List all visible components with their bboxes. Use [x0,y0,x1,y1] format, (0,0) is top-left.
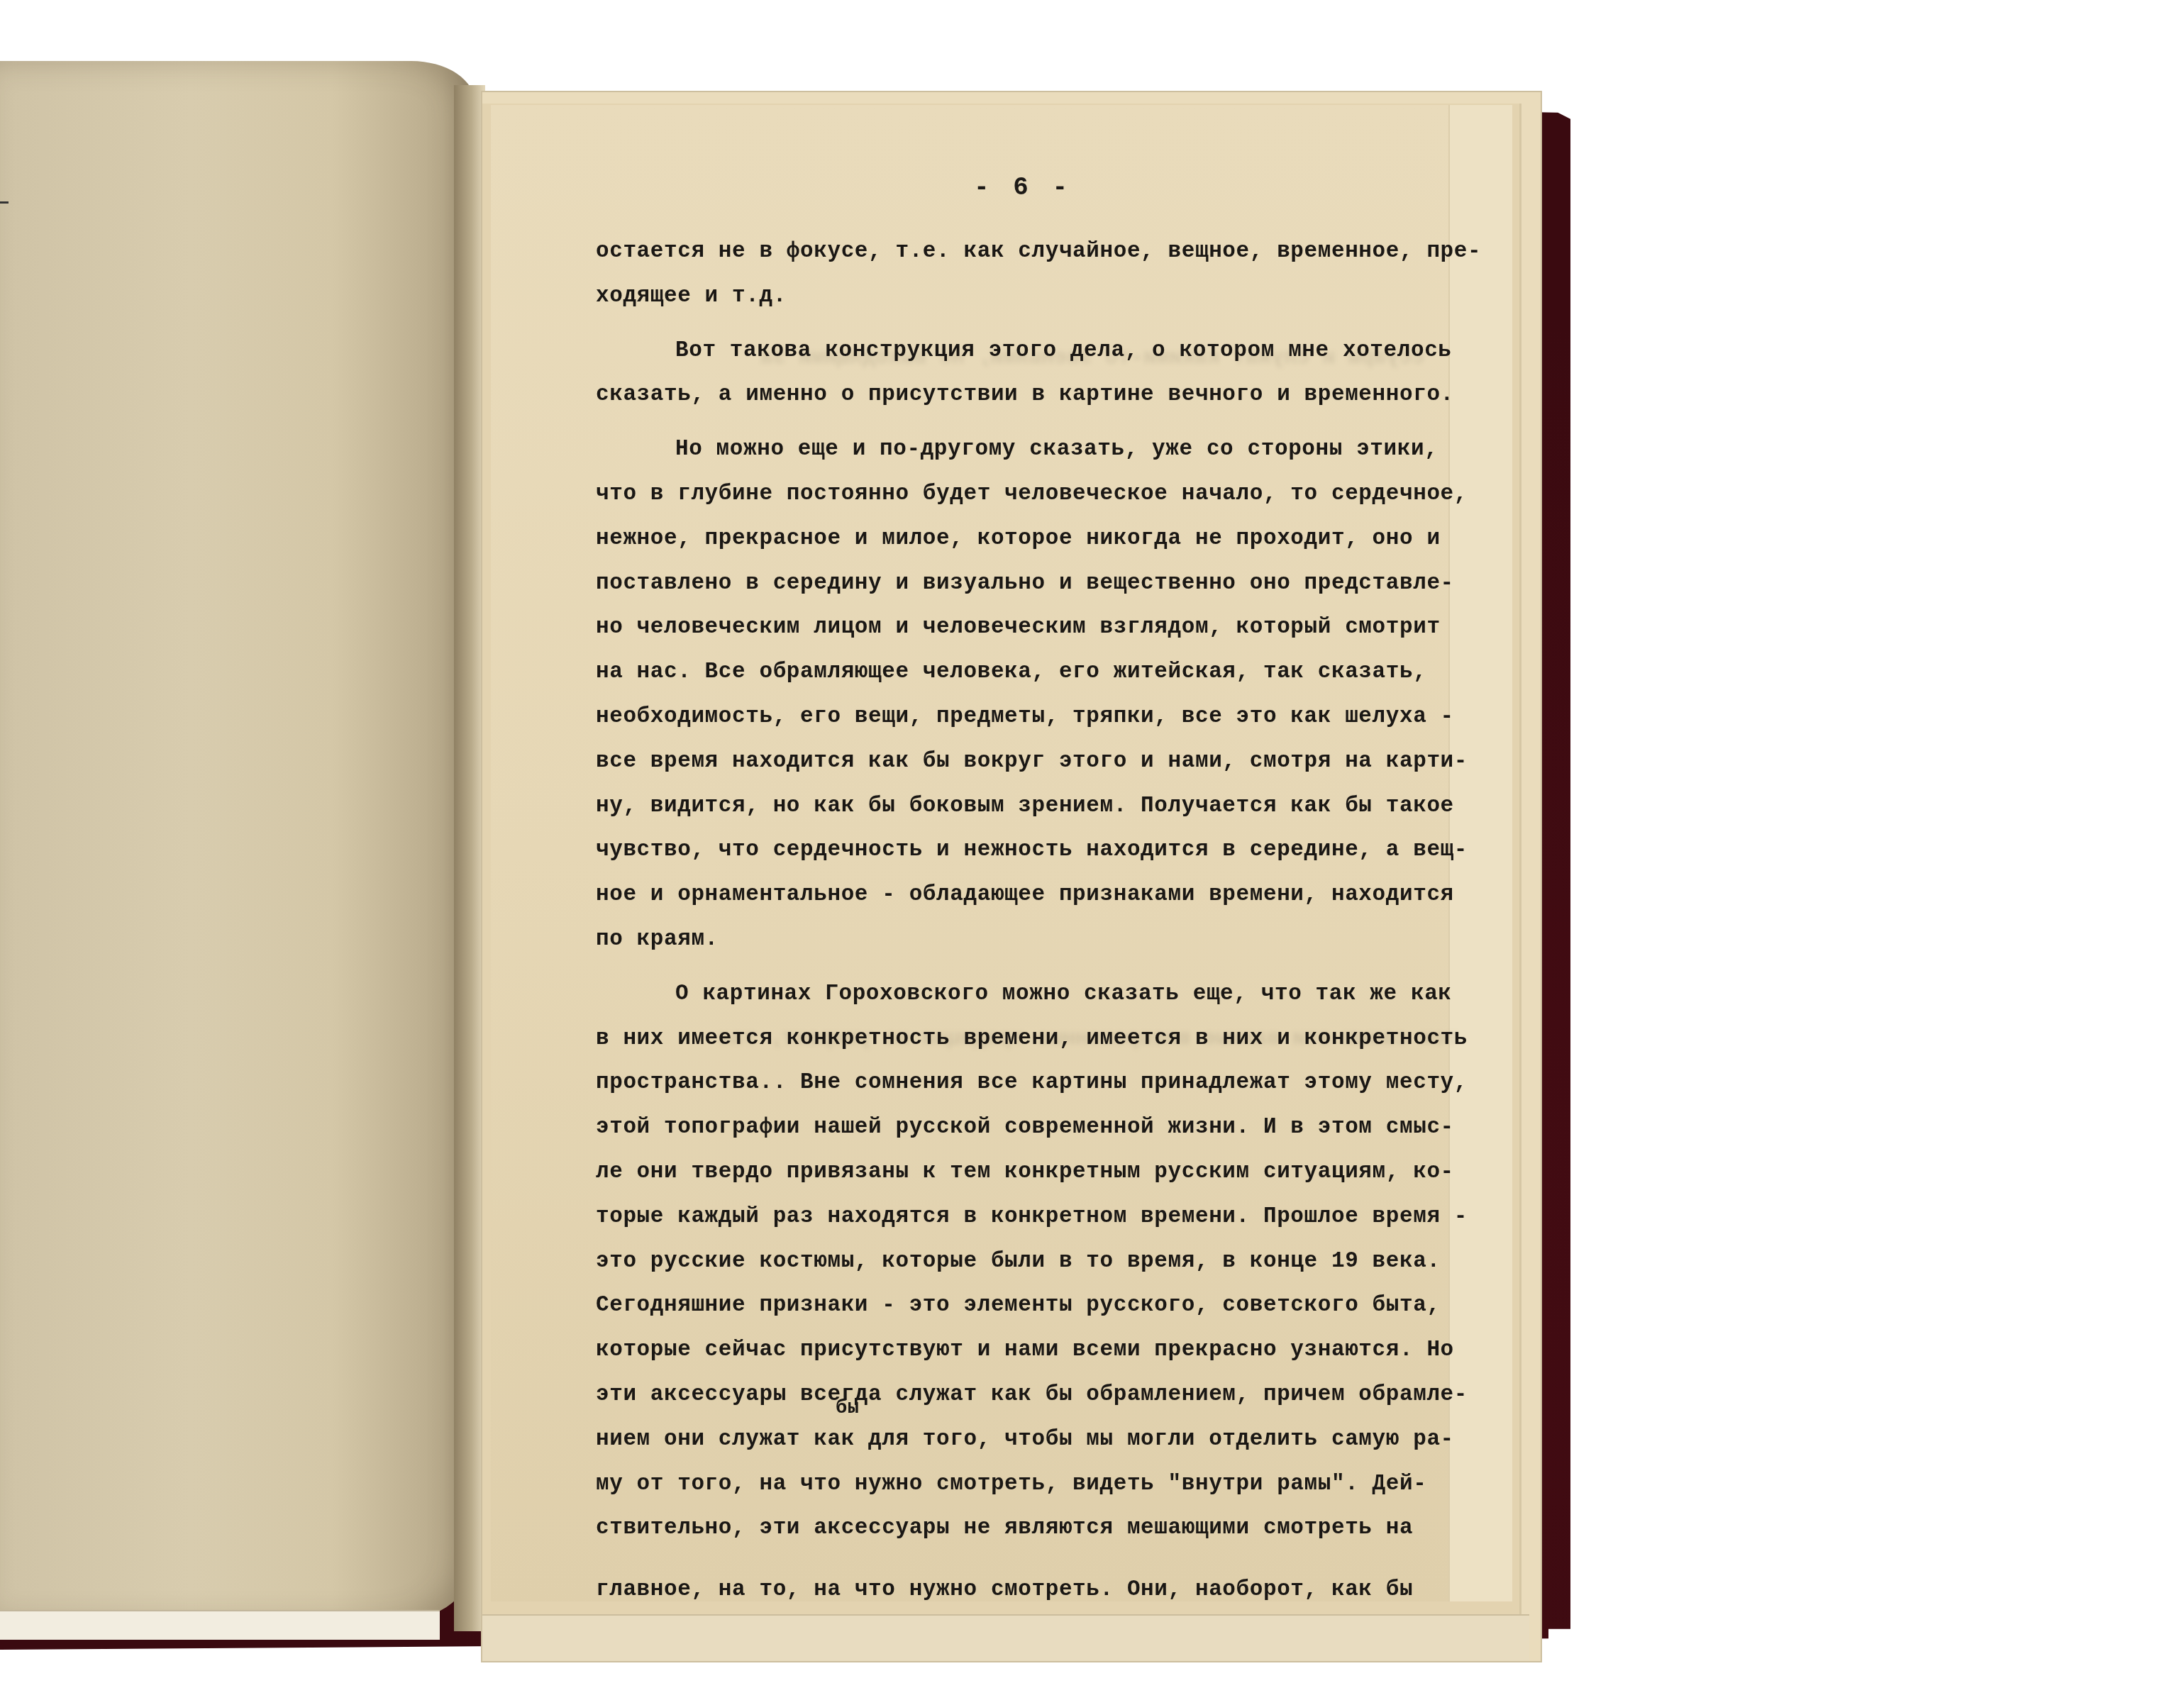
typed-line: это русские костюмы, которые были в то в… [596,1240,1475,1284]
typed-line: Вот такова конструкция этого дела, о кот… [596,329,1475,374]
typed-line: но человеческим лицом и человеческим взг… [596,606,1475,650]
typed-line: нием они служат как для того, чтобы мы м… [596,1418,1475,1462]
page-number: - 6 - [491,173,1534,202]
typed-line: необходимость, его вещи, предметы, тряпк… [596,695,1475,740]
typed-line: му от того, на что нужно смотреть, видет… [596,1462,1475,1507]
typed-line: на нас. Все обрамляющее человека, его жи… [596,650,1475,695]
typed-line: Сегодняшние признаки - это элементы русс… [596,1284,1475,1328]
typed-line: ствительно, эти аксессуары не являются м… [596,1506,1475,1551]
handwritten-insertion: бы [836,1398,860,1419]
typed-line: все время находится как бы вокруг этого … [596,740,1475,784]
typed-line: О картинах Гороховского можно сказать ещ… [596,972,1475,1017]
typed-line: торые каждый раз находятся в конкретном … [596,1195,1475,1240]
typed-line: которые сейчас присутствуют и нами всеми… [596,1328,1475,1373]
left-page: постоянство, предстояние зрдруг на друга… [0,61,475,1621]
typed-line: чувство, что сердечность и нежность нахо… [596,828,1475,873]
left-page-bottom-edge [0,1610,440,1640]
typed-line: ле они твердо привязаны к тем конкретным… [596,1150,1475,1195]
typed-line: эти аксессуары всегда служат как бы обра… [596,1373,1475,1418]
typewritten-page: ссуары и служат какими-то звеньями, не в… [491,105,1512,1601]
typed-line: этой топографии нашей русской современно… [596,1106,1475,1150]
typed-line: сказать, а именно о присутствии в картин… [596,373,1475,418]
typed-line: ну, видится, но как бы боковым зрением. … [596,784,1475,829]
typed-line: нежное, прекрасное и милое, которое нико… [596,517,1475,562]
typed-line: поставлено в середину и визуально и веще… [596,562,1475,606]
typed-line: пространства.. Вне сомнения все картины … [596,1061,1475,1106]
left-page-edge-mark [0,201,9,204]
page-stack-bottom-edge [482,1614,1529,1661]
typed-line: в них имеется конкретность времени, имее… [596,1017,1475,1062]
typed-line: ходящее и т.д. [596,274,1475,319]
typed-line: остается не в фокусе, т.е. как случайное… [596,230,1475,274]
typed-line: главное, на то, на что нужно смотреть. О… [596,1568,1475,1613]
page-body-text: остается не в фокусе, т.е. как случайное… [596,230,1475,1613]
typed-line: что в глубине постоянно будет человеческ… [596,472,1475,517]
typed-line: Но можно еще и по-другому сказать, уже с… [596,428,1475,472]
typed-line: ное и орнаментальное - обладающее призна… [596,873,1475,918]
typed-line: по краям. [596,918,1475,962]
